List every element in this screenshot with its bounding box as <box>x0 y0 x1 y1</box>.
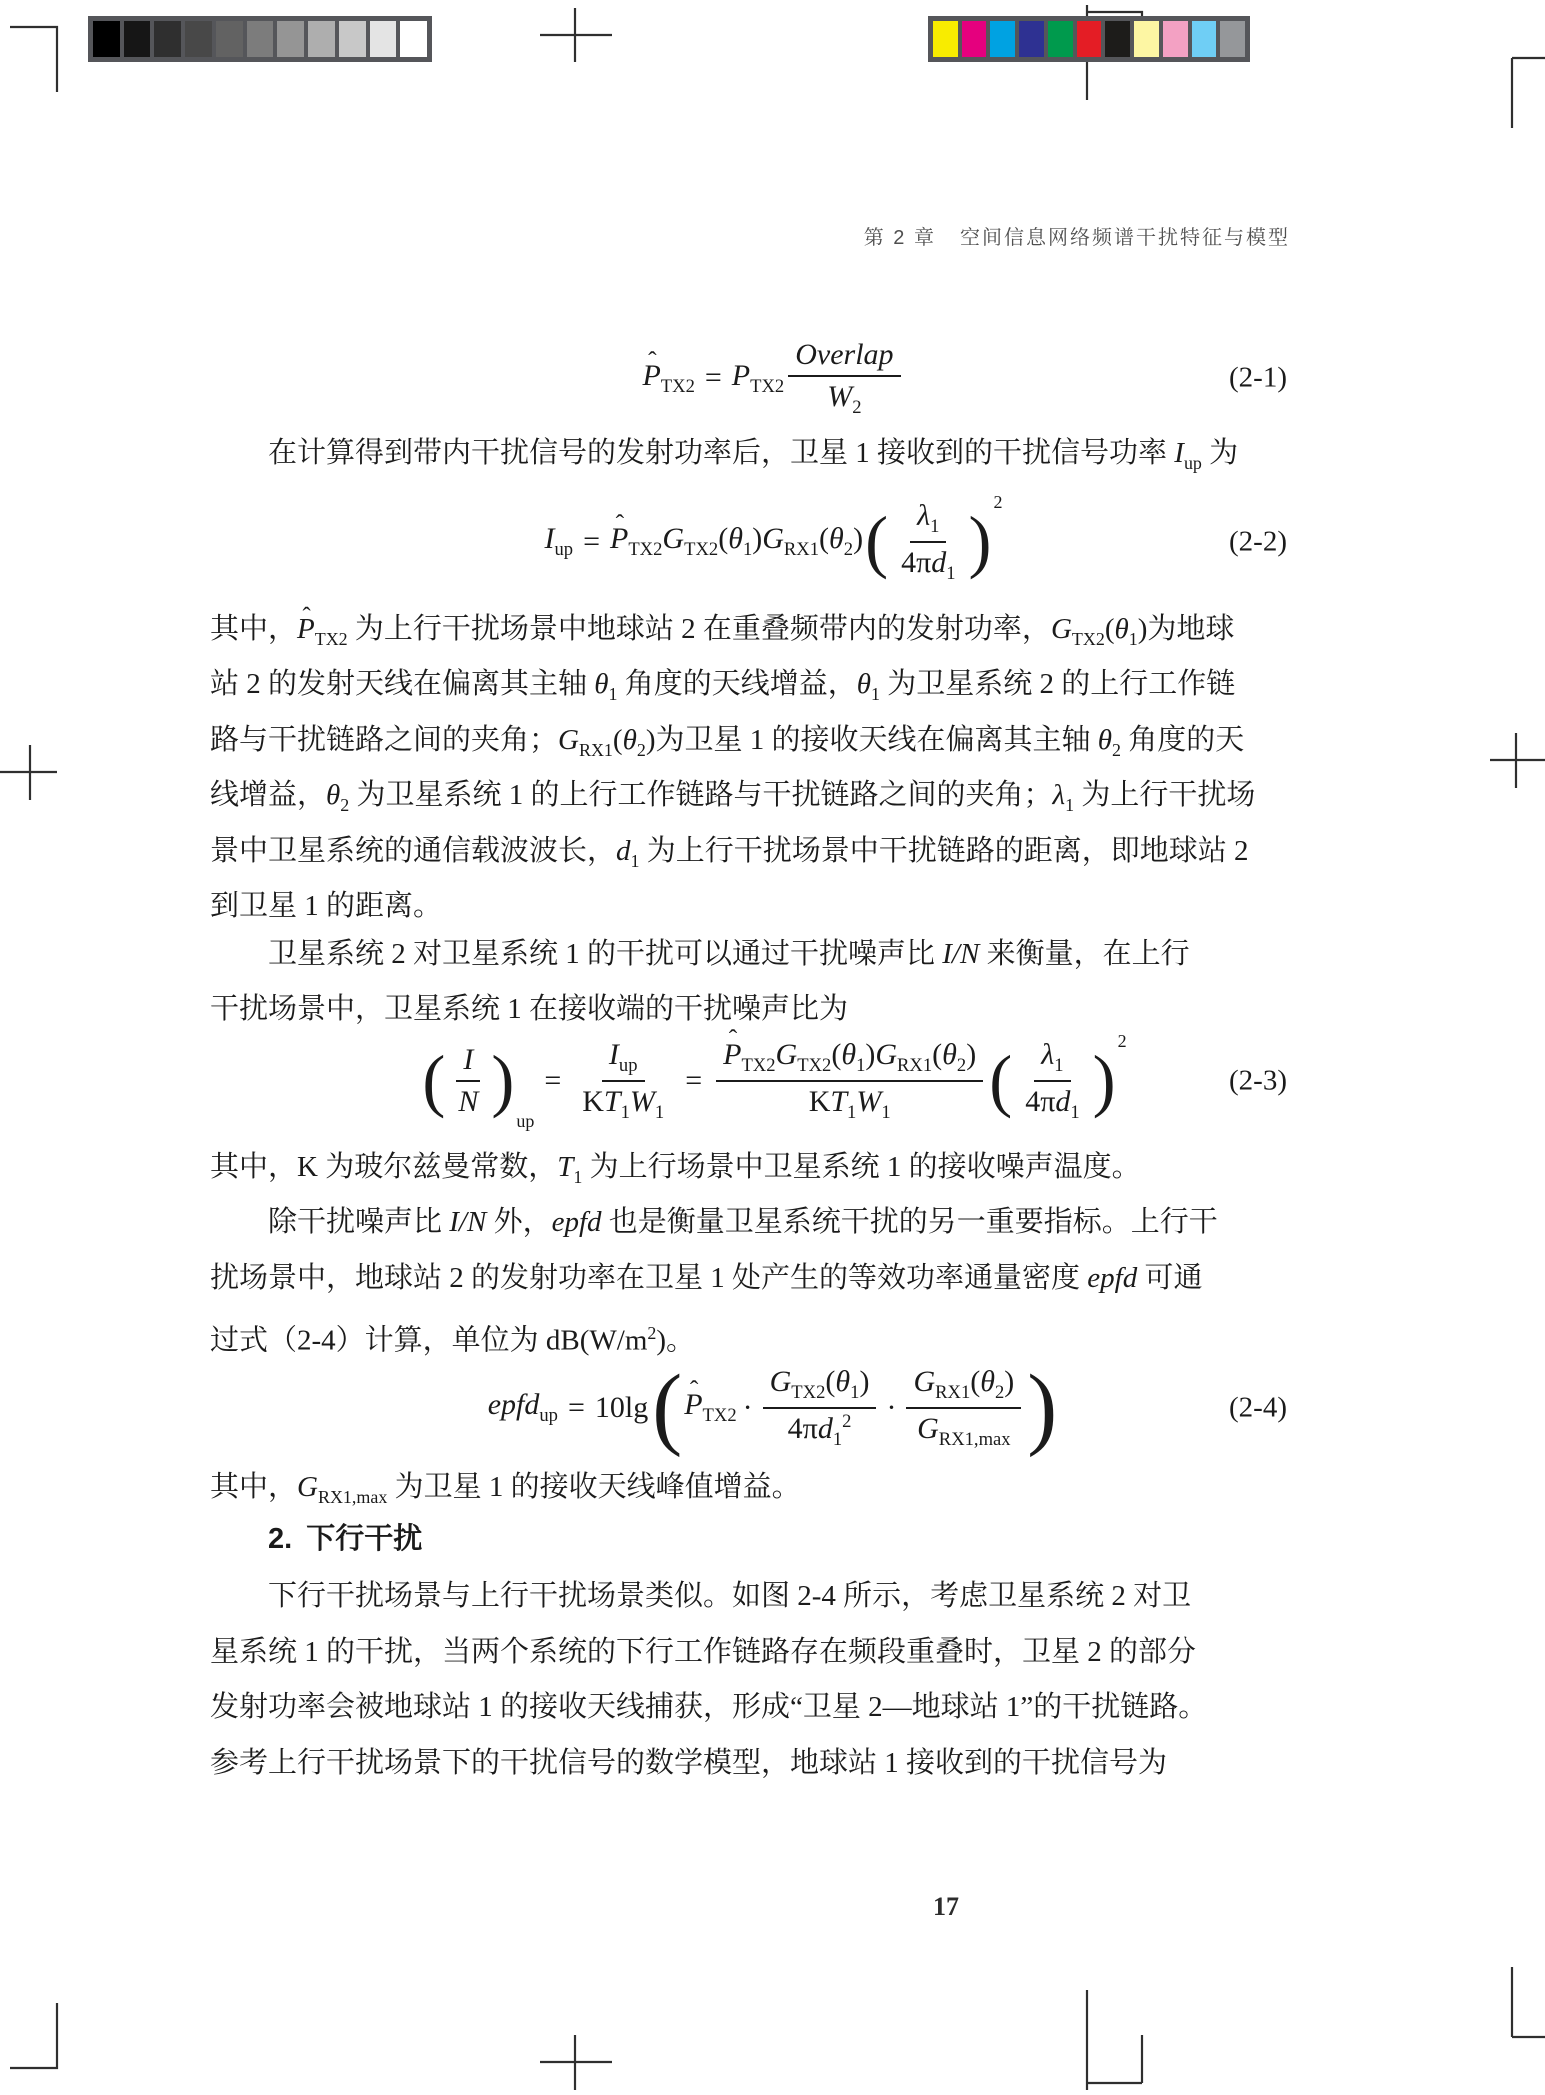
equation-2-3: ( I N ) up = Iup KT1W1 = ˆPTX2GTX2(θ1)GR… <box>210 1022 1337 1140</box>
math-var: d <box>931 546 946 579</box>
text-run: θ <box>1098 724 1112 756</box>
math-const: 4π <box>788 1412 818 1445</box>
math-var: θ <box>728 522 743 555</box>
math-sub: up <box>554 539 573 560</box>
math-sub: 2 <box>995 1382 1004 1403</box>
math-sub: 1 <box>621 1102 630 1123</box>
paren: ( <box>831 1038 841 1071</box>
crop-mark-bottom-center <box>540 2035 612 2090</box>
math-const: K <box>809 1085 831 1118</box>
math-const: K <box>582 1085 604 1118</box>
text-run: 为卫星系统 1 的上行工作链路与干扰链路之间的夹角； <box>349 779 1052 811</box>
math-sub: up <box>516 1111 534 1132</box>
text-run: 为上行干扰场景中地球站 2 在重叠频带内的发射功率， <box>348 613 1051 645</box>
text-run: θ <box>857 668 871 700</box>
text-run: 为上行干扰场景中干扰链路的距离，即地球站 2 <box>640 835 1249 867</box>
math-var: W <box>827 380 852 413</box>
calibration-swatch <box>1019 21 1044 57</box>
hat-accent: ˆ <box>690 1375 699 1405</box>
chapter-number: 第 2 章 <box>864 227 936 249</box>
text-run: 为卫星 1 的接收天线在偏离其主轴 <box>656 724 1098 756</box>
equation-2-4-body: epfdup = 10lg ( ˆPTX2 · GTX2(θ1) 4πd12 ·… <box>488 1356 1060 1459</box>
text-run: 下行干扰场景与上行干扰场景类似。如图 2-4 所示，考虑卫星系统 2 对卫 <box>268 1580 1191 1612</box>
math-sub: TX2 <box>741 1055 775 1076</box>
text-run: G <box>558 724 579 756</box>
fraction: Iup KT1W1 <box>575 1035 671 1126</box>
text-run: 路与干扰链路之间的夹角； <box>210 724 558 756</box>
math-const: 4π <box>901 546 931 579</box>
calibration-swatch <box>93 21 120 57</box>
math-sub: TX2 <box>628 539 662 560</box>
math-sub: up <box>539 1405 558 1426</box>
text-run: 1 <box>631 850 640 870</box>
text-run: 可通 <box>1137 1262 1202 1294</box>
equation-2-2-body: Iup = ˆPTX2 GTX2(θ1) GRX1(θ2) ( λ1 4πd1 … <box>544 496 1002 587</box>
equation-2-4: epfdup = 10lg ( ˆPTX2 · GTX2(θ1) 4πd12 ·… <box>210 1342 1337 1474</box>
math-var: λ <box>1041 1038 1054 1071</box>
text-run: 星系统 1 的干扰，当两个系统的下行工作链路存在频段重叠时，卫星 2 的部分 <box>210 1636 1196 1668</box>
fraction: Overlap W2 <box>788 335 900 421</box>
text-run: θ <box>1115 613 1129 645</box>
text-run: 为 <box>1202 437 1238 469</box>
text-run: 在计算得到带内干扰信号的发射功率后，卫星 1 接收到的干扰信号功率 <box>268 437 1174 469</box>
calibration-swatch <box>185 21 212 57</box>
math-sub: 1 <box>930 516 939 537</box>
math-var: G <box>662 522 684 555</box>
math-sub: 1 <box>1070 1102 1079 1123</box>
text-run: TX2 <box>315 628 348 648</box>
section-heading-downlink: 2.下行干扰 <box>210 1509 1337 1569</box>
numerator: Overlap <box>788 335 900 377</box>
equation-2-2: Iup = ˆPTX2 GTX2(θ1) GRX1(θ2) ( λ1 4πd1 … <box>210 482 1337 602</box>
math-var: epfd <box>488 1388 540 1421</box>
multiplication-dot: · <box>886 1391 896 1425</box>
text-line: 星系统 1 的干扰，当两个系统的下行工作链路存在频段重叠时，卫星 2 的部分 <box>210 1625 1337 1681</box>
text-run: 1 <box>573 1166 582 1186</box>
text-run: 发射功率会被地球站 1 的接收天线捕获，形成“卫星 2—地球站 1”的干扰链路。 <box>210 1691 1207 1723</box>
text-run: θ <box>326 779 340 811</box>
text-run: 为卫星系统 2 的上行工作链 <box>880 668 1235 700</box>
paragraph-epfd: 除干扰噪声比 I/N 外，epfd 也是衡量卫星系统干扰的另一重要指标。上行干扰… <box>210 1195 1337 1362</box>
text-line: 发射功率会被地球站 1 的接收天线捕获，形成“卫星 2—地球站 1”的干扰链路。 <box>210 1680 1337 1736</box>
text-run: 来衡量，在上行 <box>979 938 1189 970</box>
equals-sign: = <box>568 1391 585 1425</box>
calibration-swatch <box>308 21 335 57</box>
text-run: 为上行干扰场 <box>1074 779 1255 811</box>
text-run: 干扰场景中，卫星系统 1 在接收端的干扰噪声比为 <box>210 993 848 1025</box>
math-var: d <box>1055 1085 1070 1118</box>
math-sub: TX2 <box>703 1405 737 1426</box>
text-run: epfd <box>1087 1262 1137 1294</box>
color-calibration-bar <box>928 16 1250 62</box>
calibration-swatch <box>1192 21 1217 57</box>
math-var: G <box>913 1365 935 1398</box>
math-var: G <box>762 522 784 555</box>
text-run: RX1 <box>579 739 613 759</box>
multiplication-dot: · <box>743 1391 753 1425</box>
text-run: 站 2 的发射天线在偏离其主轴 <box>210 668 594 700</box>
math-sub: TX2 <box>750 376 784 397</box>
crop-mark-top-left <box>10 27 57 92</box>
equation-label: (2-4) <box>1229 1391 1287 1424</box>
math-sup: 2 <box>994 492 1003 513</box>
text-run: 线增益， <box>210 779 326 811</box>
text-run: 为卫星 1 的接收天线峰值增益。 <box>387 1471 800 1503</box>
math-sub: TX2 <box>797 1055 831 1076</box>
big-paren: ) <box>969 501 992 582</box>
grayscale-calibration-bar <box>88 16 432 62</box>
math-var: I <box>544 522 554 555</box>
text-line: 参考上行干扰场景下的干扰信号的数学模型，地球站 1 接收到的干扰信号为 <box>210 1736 1337 1792</box>
paren: ) <box>865 1038 875 1071</box>
math-sup: 2 <box>1118 1031 1127 1052</box>
section-number: 2. <box>268 1523 292 1555</box>
text-run: 景中卫星系统的通信载波波长， <box>210 835 616 867</box>
calibration-swatch <box>216 21 243 57</box>
math-var: T <box>830 1085 847 1118</box>
text-run: d <box>616 835 631 867</box>
calibration-swatch <box>1048 21 1073 57</box>
math-var: d <box>818 1412 833 1445</box>
calibration-swatch <box>247 21 274 57</box>
paren: ( <box>970 1365 980 1398</box>
math-sub: 1 <box>946 563 955 584</box>
text-run: I/N <box>449 1206 486 1238</box>
text-run: 其中， <box>210 613 297 645</box>
math-sub: RX1 <box>935 1382 970 1403</box>
equals-sign: = <box>685 1064 702 1098</box>
text-run: up <box>1184 453 1202 473</box>
calibration-swatch <box>1077 21 1102 57</box>
equation-label: (2-2) <box>1229 525 1287 558</box>
hat-accent: ˆ <box>616 509 625 539</box>
text-run: θ <box>594 668 608 700</box>
fraction: GTX2(θ1) 4πd12 <box>763 1362 877 1453</box>
chapter-title: 空间信息网络频谱干扰特征与模型 <box>960 227 1290 249</box>
big-paren: ( <box>652 1355 682 1460</box>
calibration-swatch <box>933 21 958 57</box>
text-run: 1 <box>1129 628 1138 648</box>
paren: ) <box>859 1365 869 1398</box>
text-run: T <box>557 1151 573 1183</box>
math-sub: RX1 <box>784 539 819 560</box>
paragraph-interference-power: 在计算得到带内干扰信号的发射功率后，卫星 1 接收到的干扰信号功率 Iup 为 <box>210 426 1337 482</box>
math-sub: 2 <box>844 539 853 560</box>
math-var: θ <box>829 522 844 555</box>
text-line: 下行干扰场景与上行干扰场景类似。如图 2-4 所示，考虑卫星系统 2 对卫 <box>210 1569 1337 1625</box>
text-run: TX2 <box>1072 628 1105 648</box>
page-number: 17 <box>933 1892 959 1922</box>
fraction: GRX1(θ2) GRX1,max <box>906 1362 1021 1453</box>
text-line: 站 2 的发射天线在偏离其主轴 θ1 角度的天线增益，θ1 为卫星系统 2 的上… <box>210 657 1337 713</box>
paren: ( <box>825 1365 835 1398</box>
math-sub: 1 <box>833 1429 842 1450</box>
math-var: W <box>630 1085 655 1118</box>
big-paren: ) <box>1027 1355 1057 1460</box>
running-head: 第 2 章空间信息网络频谱干扰特征与模型 <box>864 221 1290 250</box>
text-run: G <box>297 1471 318 1503</box>
math-sub: 1 <box>655 1102 664 1123</box>
math-var: G <box>776 1038 798 1071</box>
text-run: 也是衡量卫星系统干扰的另一重要指标。上行干 <box>602 1206 1218 1238</box>
text-run: 卫星系统 2 对卫星系统 1 的干扰可以通过干扰噪声比 <box>268 938 942 970</box>
math-var: G <box>770 1365 792 1398</box>
equation-label: (2-3) <box>1229 1064 1287 1097</box>
text-line: 路与干扰链路之间的夹角；GRX1(θ2)为卫星 1 的接收天线在偏离其主轴 θ2… <box>210 713 1337 769</box>
math-sub: TX2 <box>791 1382 825 1403</box>
math-var: θ <box>841 1038 856 1071</box>
text-run: 2 <box>1112 739 1121 759</box>
text-run: 1 <box>871 684 880 704</box>
equals-sign: = <box>705 361 722 395</box>
math-var: λ <box>917 499 930 532</box>
math-sub: RX1,max <box>939 1429 1011 1450</box>
text-run: λ <box>1053 779 1066 811</box>
crop-mark-bottom-right-bracket <box>1087 1990 1142 2090</box>
big-paren: ( <box>989 1040 1012 1121</box>
text-line: 在计算得到带内干扰信号的发射功率后，卫星 1 接收到的干扰信号功率 Iup 为 <box>210 426 1337 482</box>
text-run: 2 <box>637 739 646 759</box>
big-paren: ) <box>491 1040 514 1121</box>
text-run: I <box>1174 437 1184 469</box>
text-run: 除干扰噪声比 <box>268 1206 449 1238</box>
text-run: RX1,max <box>318 1486 387 1506</box>
paren: ( <box>819 522 829 555</box>
calibration-swatch <box>400 21 427 57</box>
math-sub: RX1 <box>897 1055 932 1076</box>
math-sup: 2 <box>842 1411 851 1432</box>
math-sub: TX2 <box>684 539 718 560</box>
paragraph-boltzmann: 其中，K 为玻尔兹曼常数，T1 为上行场景中卫星系统 1 的接收噪声温度。 <box>210 1140 1337 1196</box>
hat-accent: ˆ <box>302 589 310 645</box>
equals-sign: = <box>583 525 600 559</box>
section-title: 下行干扰 <box>306 1523 422 1555</box>
crop-mark-top-right-edge <box>1512 58 1545 128</box>
text-run: 外， <box>486 1206 551 1238</box>
equation-2-1: ˆPTX2 = PTX2 Overlap W2 (2-1) <box>210 330 1337 426</box>
paren: ) <box>1004 1365 1014 1398</box>
text-line: 景中卫星系统的通信载波波长，d1 为上行干扰场景中干扰链路的距离，即地球站 2 <box>210 824 1337 880</box>
paren: ) <box>752 522 762 555</box>
paragraph-downlink: 下行干扰场景与上行干扰场景类似。如图 2-4 所示，考虑卫星系统 2 对卫星系统… <box>210 1569 1337 1791</box>
calibration-swatch <box>1220 21 1245 57</box>
text-run: 参考上行干扰场景下的干扰信号的数学模型，地球站 1 接收到的干扰信号为 <box>210 1747 1167 1779</box>
text-line: 扰场景中，地球站 2 的发射功率在卫星 1 处产生的等效功率通量密度 epfd … <box>210 1251 1337 1307</box>
crop-mark-bottom-right-edge <box>1512 1967 1545 2037</box>
text-run: 其中，K 为玻尔兹曼常数， <box>210 1151 557 1183</box>
paren: ) <box>853 522 863 555</box>
text-run: 角度的天 <box>1121 724 1244 756</box>
text-block: ˆPTX2 = PTX2 Overlap W2 (2-1) 在计算得到带内干扰信… <box>210 330 1337 1791</box>
text-run: ( <box>1105 613 1115 645</box>
crop-mark-right-middle <box>1490 733 1545 788</box>
math-var: G <box>875 1038 897 1071</box>
text-run: ( <box>613 724 623 756</box>
text-line: 其中，ˆPTX2 为上行干扰场景中地球站 2 在重叠频带内的发射功率，GTX2(… <box>210 602 1337 658</box>
text-line: 卫星系统 2 对卫星系统 1 的干扰可以通过干扰噪声比 I/N 来衡量，在上行 <box>210 927 1337 983</box>
equation-2-1-body: ˆPTX2 = PTX2 Overlap W2 <box>642 335 904 421</box>
hat-accent: ˆ <box>729 1024 738 1055</box>
math-var: I <box>456 1040 480 1082</box>
calibration-swatch <box>1134 21 1159 57</box>
calibration-swatch <box>124 21 151 57</box>
text-line: 其中，K 为玻尔兹曼常数，T1 为上行场景中卫星系统 1 的接收噪声温度。 <box>210 1140 1337 1196</box>
text-run: 扰场景中，地球站 2 的发射功率在卫星 1 处产生的等效功率通量密度 <box>210 1262 1087 1294</box>
text-run: ) <box>1138 613 1148 645</box>
math-sub: 2 <box>852 397 861 418</box>
text-run: θ <box>623 724 637 756</box>
math-var: θ <box>980 1365 995 1398</box>
fraction: ˆPTX2GTX2(θ1)GRX1(θ2) KT1W1 <box>716 1035 983 1126</box>
math-var: P <box>732 359 750 392</box>
math-var: θ <box>835 1365 850 1398</box>
text-run: 为地球 <box>1147 613 1234 645</box>
math-sub: 1 <box>1054 1055 1063 1076</box>
paren: ( <box>932 1038 942 1071</box>
crop-mark-top-center <box>540 8 612 62</box>
paren: ) <box>966 1038 976 1071</box>
math-sub: 1 <box>743 539 752 560</box>
text-run: 其中， <box>210 1471 297 1503</box>
text-run: 角度的天线增益， <box>618 668 857 700</box>
text-run: epfd <box>552 1206 602 1238</box>
fraction: λ1 4πd1 <box>894 496 962 587</box>
math-const: 4π <box>1025 1085 1055 1118</box>
text-run: 为上行场景中卫星系统 1 的接收噪声温度。 <box>582 1151 1140 1183</box>
text-run: I/N <box>942 938 979 970</box>
paren: ( <box>718 522 728 555</box>
math-var: W <box>856 1085 881 1118</box>
math-var: G <box>917 1412 939 1445</box>
calibration-swatch <box>154 21 181 57</box>
math-sub: 1 <box>856 1055 865 1076</box>
text-run: 到卫星 1 的距离。 <box>210 890 442 922</box>
big-paren: ( <box>865 501 888 582</box>
text-run: 2 <box>340 795 349 815</box>
calibration-swatch <box>990 21 1015 57</box>
calibration-swatch <box>370 21 397 57</box>
math-operator: 10lg <box>595 1391 648 1425</box>
text-run: ) <box>646 724 656 756</box>
text-run: 1 <box>1065 795 1074 815</box>
math-var: I <box>609 1038 619 1071</box>
math-sub: up <box>619 1055 638 1076</box>
equation-2-3-body: ( I N ) up = Iup KT1W1 = ˆPTX2GTX2(θ1)GR… <box>420 1035 1126 1126</box>
calibration-swatch <box>1163 21 1188 57</box>
text-line: 线增益，θ2 为卫星系统 1 的上行工作链路与干扰链路之间的夹角；λ1 为上行干… <box>210 768 1337 824</box>
big-paren: ( <box>422 1040 445 1121</box>
equation-label: (2-1) <box>1229 362 1287 395</box>
calibration-swatch <box>1105 21 1130 57</box>
math-var: θ <box>942 1038 957 1071</box>
big-paren: ) <box>1093 1040 1116 1121</box>
math-sub: 2 <box>957 1055 966 1076</box>
paragraph-symbol-definitions: 其中，ˆPTX2 为上行干扰场景中地球站 2 在重叠频带内的发射功率，GTX2(… <box>210 602 1337 935</box>
fraction: λ1 4πd1 <box>1018 1035 1086 1126</box>
crop-mark-bottom-left <box>10 2003 57 2068</box>
math-var: N <box>451 1082 485 1122</box>
math-var: ˆP <box>297 602 315 658</box>
text-line: 除干扰噪声比 I/N 外，epfd 也是衡量卫星系统干扰的另一重要指标。上行干 <box>210 1195 1337 1251</box>
calibration-swatch <box>962 21 987 57</box>
math-sub: 1 <box>881 1102 890 1123</box>
equals-sign: = <box>544 1064 561 1098</box>
text-run: 1 <box>609 684 618 704</box>
math-var: T <box>604 1085 621 1118</box>
calibration-swatch <box>277 21 304 57</box>
fraction: I N <box>451 1040 485 1122</box>
hat-accent: ˆ <box>648 346 657 376</box>
calibration-swatch <box>339 21 366 57</box>
math-sub: TX2 <box>661 376 695 397</box>
text-run: G <box>1051 613 1072 645</box>
math-sub: 1 <box>847 1102 856 1123</box>
crop-mark-left-middle <box>0 745 57 800</box>
